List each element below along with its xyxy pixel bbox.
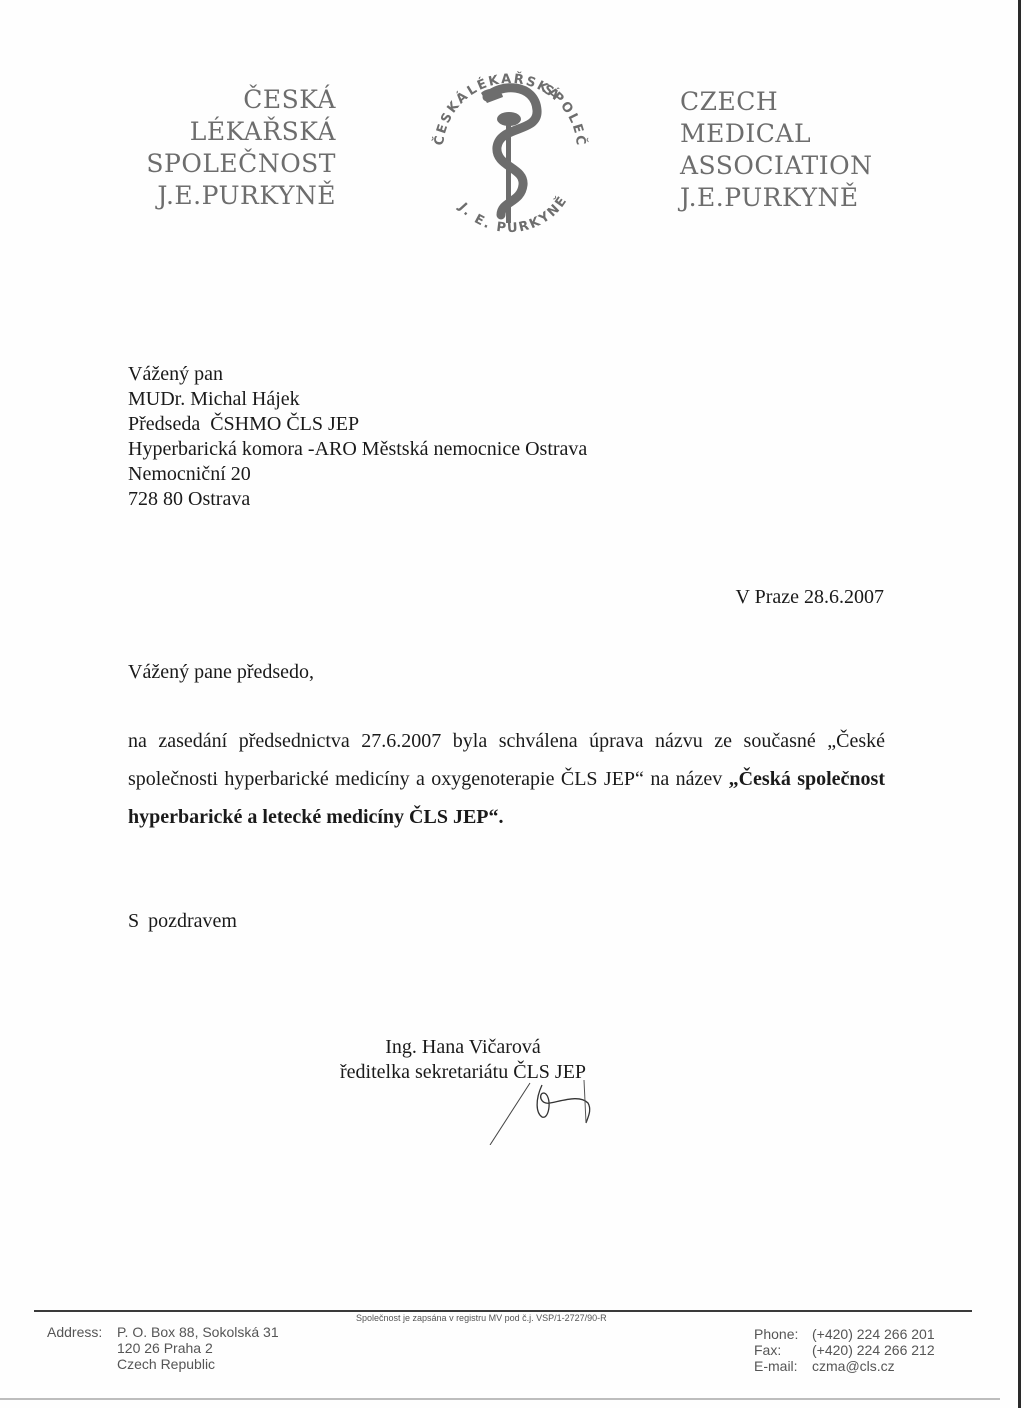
scan-edge-bottom [0,1398,1000,1400]
signer-name: Ing. Hana Vičarová [340,1035,586,1060]
address-line: 120 26 Praha 2 [117,1340,279,1356]
registration-note: Společnost je zapsána v registru MV pod … [356,1313,607,1323]
scan-edge-right [1018,0,1021,1408]
letterhead-line: J.E.PURKYNĚ [146,180,336,212]
recipient-line: 728 80 Ostrava [128,487,587,512]
recipient-line: Nemocniční 20 [128,462,587,487]
footer-contacts: Phone: (+420) 224 266 201 Fax: (+420) 22… [754,1326,935,1374]
recipient-line: Vážený pan [128,362,587,387]
recipient-line: MUDr. Michal Hájek [128,387,587,412]
letterhead-line: MEDICAL [680,118,872,150]
rod-of-asclepius-icon: ČESKÁ LÉKAŘSKÁ SPOLEČNOST J. E. PURKYNĚ [405,55,615,245]
svg-text:SPOLEČNOST: SPOLEČNOST [405,55,589,148]
footer-rule [34,1310,972,1312]
recipient-line: Hyperbarická komora -ARO Městská nemocni… [128,437,587,462]
handwritten-signature-icon [480,1075,610,1145]
body-period: . [499,806,504,828]
letterhead-czech-name: ČESKÁ LÉKAŘSKÁ SPOLEČNOST J.E.PURKYNĚ [146,84,336,212]
letterhead-line: ASSOCIATION [680,150,872,182]
letterhead-line: LÉKAŘSKÁ [146,116,336,148]
contact-email: E-mail: czma@cls.cz [754,1358,935,1374]
address-line: Czech Republic [117,1356,279,1372]
svg-text:ČESKÁ: ČESKÁ [431,87,472,146]
letterhead-line: SPOLEČNOST [146,148,336,180]
salutation: Vážený pane předsedo, [128,661,314,684]
closing: S pozdravem [128,910,237,933]
letterhead-line: ČESKÁ [146,84,336,116]
contact-fax: Fax: (+420) 224 266 212 [754,1342,935,1358]
letterhead-english-name: CZECH MEDICAL ASSOCIATION J.E.PURKYNĚ [680,86,872,214]
body-paragraph: na zasedání předsednictva 27.6.2007 byla… [128,722,885,836]
date-line: V Praze 28.6.2007 [736,586,885,609]
address-line: P. O. Box 88, Sokolská 31 [117,1324,279,1340]
letterhead-line: J.E.PURKYNĚ [680,182,872,214]
letterhead-line: CZECH [680,86,872,118]
address-label: Address: [47,1324,117,1372]
society-logo: ČESKÁ LÉKAŘSKÁ SPOLEČNOST J. E. PURKYNĚ [405,55,615,245]
recipient-line: Předseda ČSHMO ČLS JEP [128,412,587,437]
recipient-address: Vážený pan MUDr. Michal Hájek Předseda Č… [128,362,587,512]
footer-address: Address: P. O. Box 88, Sokolská 31 120 2… [47,1324,279,1372]
contact-phone: Phone: (+420) 224 266 201 [754,1326,935,1342]
